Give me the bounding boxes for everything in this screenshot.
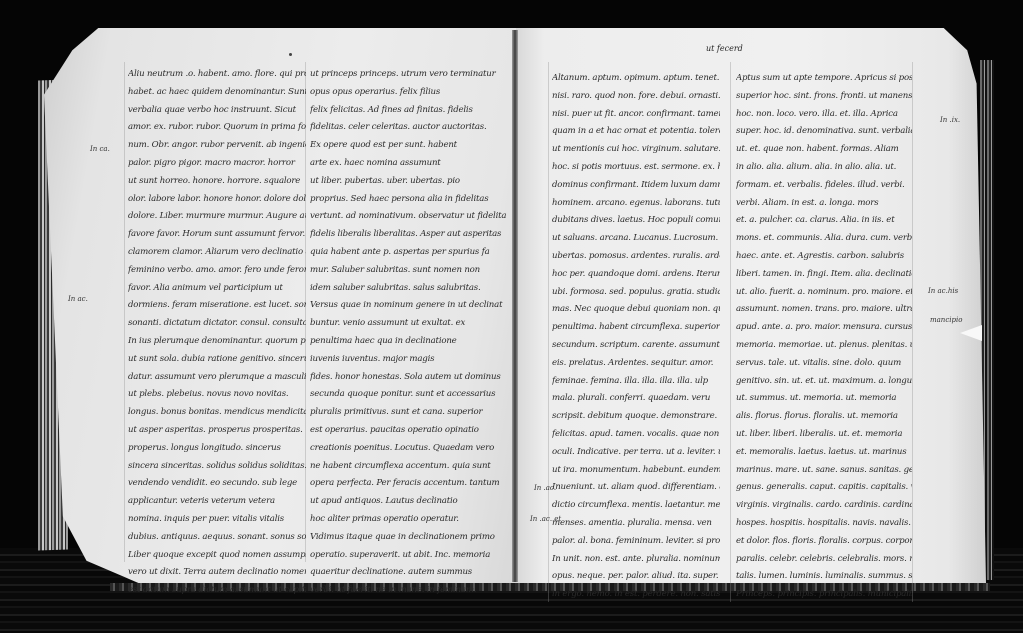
manuscript-line: scripsit. debitum quoque. demonstrare. u… xyxy=(552,408,720,426)
manuscript-line: menses. amentia. pluralia. mensa. ven xyxy=(552,515,720,533)
open-manuscript: ut fecerd In ca. In ac. In .ix. In ac.hi… xyxy=(0,0,1023,633)
manuscript-line: et. a. pulcher. ca. clarus. Alia. in iis… xyxy=(736,212,912,230)
manuscript-line: ne habent circumflexa accentum. quia sun… xyxy=(310,458,506,476)
header-annotation: ut fecerd xyxy=(706,44,743,53)
manuscript-line: in ergo. nemo. in est. perdere. non. sat… xyxy=(552,586,720,604)
manuscript-line: arte ex. haec nomina assumunt xyxy=(310,155,506,173)
manuscript-line: habet. ac haec quidem denominantur. Sunt xyxy=(128,84,306,102)
manuscript-line: dubius. antiquus. aequus. sonant. sonus … xyxy=(128,529,306,547)
manuscript-line: opus opus operarius. felix filius xyxy=(310,84,506,102)
manuscript-line: et. memoralis. laetus. laetus. ut. marin… xyxy=(736,444,912,462)
manuscript-line: Vidimus itaque quae in declinationem pri… xyxy=(310,529,506,547)
manuscript-line: penultima. habent circumflexa. superiori xyxy=(552,319,720,337)
margin-note: In ac. xyxy=(68,295,88,303)
manuscript-line: idem saluber salubritas. salus salubrita… xyxy=(310,280,506,298)
manuscript-line: hoc. si potis mortuus. est. sermone. ex.… xyxy=(552,159,720,177)
folio-dot xyxy=(289,53,292,56)
manuscript-line: ut liber. pubertas. uber. ubertas. pio xyxy=(310,173,506,191)
manuscript-line: nisi. puer ut fit. ancor. confirmant. ta… xyxy=(552,106,720,124)
manuscript-line: opus. neque. per. palor. aliud. ita. sup… xyxy=(552,568,720,586)
manuscript-line: est operarius. paucitas operatio opinati… xyxy=(310,422,506,440)
manuscript-line: verbi. ut fuerit. ne in mane. in feminam… xyxy=(310,582,506,600)
manuscript-line: ut. alio. fuerit. a. nominum. pro. maior… xyxy=(736,284,912,302)
manuscript-line: nisi. raro. quod non. fore. debui. ornas… xyxy=(552,88,720,106)
manuscript-line: fidelis liberalis liberalitas. Asper aut… xyxy=(310,226,506,244)
manuscript-line: num. Obr. angor. rubor pervenit. ab inge… xyxy=(128,137,306,155)
manuscript-line: creationis poenitus. Locutus. Quaedam ve… xyxy=(310,440,506,458)
ruling-line xyxy=(124,62,125,562)
manuscript-line: operatio. superaverit. ut abit. Inc. mem… xyxy=(310,547,506,565)
manuscript-line: hoc aliter primas operatio operatur. xyxy=(310,511,506,529)
manuscript-line: genitivo. sin. ut. et. ut. maximum. a. l… xyxy=(736,373,912,391)
manuscript-line: quia habent ante p. aspertas per spurius… xyxy=(310,244,506,262)
manuscript-line: secundum. scriptum. carente. assumunt. m… xyxy=(552,337,720,355)
manuscript-line: ut. summus. ut. memoria. ut. memoria xyxy=(736,390,912,408)
manuscript-line: mons. et. communis. Alia. dura. cum. ver… xyxy=(736,230,912,248)
text-column-1: Aliu neutrum .o. habent. amo. flore. qui… xyxy=(128,66,306,600)
manuscript-line: iuvenis iuventus. major magis xyxy=(310,351,506,369)
manuscript-line: ut asper asperitas. prosperus prosperita… xyxy=(128,422,306,440)
manuscript-line: oculi. Indicative. per terra. ut a. levi… xyxy=(552,444,720,462)
manuscript-line: mas. Nec quoque debui quoniam non. quae xyxy=(552,301,720,319)
manuscript-line: haec. ante. et. Agrestis. carbon. salubr… xyxy=(736,248,912,266)
manuscript-line: dictio circumflexa. mentis. laetantur. m… xyxy=(552,497,720,515)
manuscript-line: datur. assumunt vero plerumque a masculi… xyxy=(128,369,306,387)
manuscript-line: in alio. alia. alium. alia. in alio. ali… xyxy=(736,159,912,177)
manuscript-line: hospes. hospitis. hospitalis. navis. nav… xyxy=(736,515,912,533)
manuscript-line: Inueniunt. ut. aliam quod. differentiam.… xyxy=(552,479,720,497)
manuscript-line: ut plebs. plebeius. novus novo novitas. xyxy=(128,386,306,404)
manuscript-line: dormiens. feram miseratione. est lucet. … xyxy=(128,297,306,315)
margin-note: In ac.his xyxy=(928,287,958,295)
manuscript-line: favor. Alia animum vel participium ut xyxy=(128,280,306,298)
manuscript-line: hoc. non. loco. vero. illa. et. illa. Ap… xyxy=(736,106,912,124)
manuscript-line: est datum supra dictum assumunt ut capit… xyxy=(128,582,306,600)
ruling-line xyxy=(730,62,731,602)
manuscript-line: alis. florus. florus. floralis. ut. memo… xyxy=(736,408,912,426)
manuscript-line: servus. tale. ut. vitalis. sine. dolo. q… xyxy=(736,355,912,373)
manuscript-line: genus. generalis. caput. capitis. capita… xyxy=(736,479,912,497)
manuscript-line: assumunt. nomen. trans. pro. maiore. ult… xyxy=(736,301,912,319)
manuscript-line: Aptus sum ut apte tempore. Apricus si po… xyxy=(736,70,912,88)
manuscript-line: fidelitas. celer celeritas. auctor aucto… xyxy=(310,119,506,137)
manuscript-line: marinus. mare. ut. sane. sanus. sanitas.… xyxy=(736,462,912,480)
manuscript-line: ut sunt sola. dubia ratione genitivo. si… xyxy=(128,351,306,369)
manuscript-line: fides. honor honestas. Sola autem ut dom… xyxy=(310,369,506,387)
manuscript-line: liberi. tamen. in. fingi. Item. alia. de… xyxy=(736,266,912,284)
manuscript-line: ut sunt horreo. honore. horrore. squalor… xyxy=(128,173,306,191)
manuscript-line: vertunt. ad nominativum. observatur ut f… xyxy=(310,208,506,226)
margin-note: In .ix. xyxy=(940,116,960,124)
manuscript-line: Liber quoque excepit quod nomen assumpsi… xyxy=(128,547,306,565)
text-column-2: ut princeps princeps. utrum vero termina… xyxy=(310,66,506,600)
ruling-line xyxy=(912,62,913,602)
manuscript-line: verbi. Aliam. in est. a. longa. mors xyxy=(736,195,912,213)
manuscript-line: pluralis primitivus. sunt et cana. super… xyxy=(310,404,506,422)
text-column-3: Altanum. aptum. opimum. aptum. tenet.nis… xyxy=(552,70,720,604)
manuscript-line: felix felicitas. Ad fines ad finitas. fi… xyxy=(310,102,506,120)
manuscript-line: felicitas. apud. tamen. vocalis. quae no… xyxy=(552,426,720,444)
manuscript-line: verbalia quae verbo hoc instruunt. Sicut xyxy=(128,102,306,120)
manuscript-line: ubertas. pomosus. ardentes. ruralis. ard… xyxy=(552,248,720,266)
manuscript-line: opera perfecta. Per feracis accentum. ta… xyxy=(310,475,506,493)
manuscript-line: hominem. arcano. egenus. laborans. tutul… xyxy=(552,195,720,213)
manuscript-line: Ex opere quod est per sunt. habent xyxy=(310,137,506,155)
manuscript-line: paralis. celebr. celebris. celebralis. m… xyxy=(736,551,912,569)
manuscript-line: sincera sinceritas. solidus solidus soli… xyxy=(128,458,306,476)
manuscript-line: eis. prelatus. Ardentes. sequitur. amor. xyxy=(552,355,720,373)
manuscript-line: nomina. inquis per puer. vitalis vitalis xyxy=(128,511,306,529)
text-column-4: Aptus sum ut apte tempore. Apricus si po… xyxy=(736,70,912,604)
manuscript-line: In unit. non. est. ante. pluralia. nomin… xyxy=(552,551,720,569)
manuscript-line: palor. pigro pigor. macro macror. horror xyxy=(128,155,306,173)
manuscript-line: ut saluans. arcana. Lucanus. Lucrosum. o… xyxy=(552,230,720,248)
manuscript-line: ut mentionis cui hoc. virginum. salutare… xyxy=(552,141,720,159)
manuscript-line: vero ut dixit. Terra autem declinatio no… xyxy=(128,564,306,582)
manuscript-line: amor. ex. rubor. rubor. Quorum in prima … xyxy=(128,119,306,137)
manuscript-line: Aliu neutrum .o. habent. amo. flore. qui… xyxy=(128,66,306,84)
manuscript-line: ut. et. quae non. habent. formas. Aliam xyxy=(736,141,912,159)
manuscript-line: favore favor. Horum sunt assumunt fervor… xyxy=(128,226,306,244)
manuscript-line: dubitans dives. laetus. Hoc populi comun… xyxy=(552,212,720,230)
margin-note: mancipio xyxy=(930,316,962,324)
manuscript-line: longus. bonus bonitas. mendicus mendicit… xyxy=(128,404,306,422)
manuscript-line: buntur. venio assumunt ut exultat. ex xyxy=(310,315,506,333)
manuscript-line: ut apud antiquos. Lautus declinatio xyxy=(310,493,506,511)
manuscript-line: feminae. femina. illa. illa. illa. illa.… xyxy=(552,373,720,391)
manuscript-line: ubi. formosa. sed. populus. gratia. stud… xyxy=(552,284,720,302)
manuscript-line: talis. lumen. luminis. luminalis. summus… xyxy=(736,568,912,586)
page-tab-marker xyxy=(960,325,982,341)
margin-note: In ca. xyxy=(90,145,110,153)
manuscript-line: sonanti. dictatum dictator. consul. cons… xyxy=(128,315,306,333)
manuscript-line: secunda quoque ponitur. sunt et accessar… xyxy=(310,386,506,404)
manuscript-line: feminino verbo. amo. amor. fero unde fer… xyxy=(128,262,306,280)
book-gutter xyxy=(512,30,518,582)
manuscript-line: penultima haec qua in declinatione xyxy=(310,333,506,351)
manuscript-line: super. hoc. id. denominativa. sunt. verb… xyxy=(736,123,912,141)
manuscript-line: quam in a et hac ornat et potentia. tole… xyxy=(552,123,720,141)
manuscript-line: ut princeps princeps. utrum vero termina… xyxy=(310,66,506,84)
manuscript-line: properus. longus longitudo. sincerus xyxy=(128,440,306,458)
manuscript-line: apud. ante. a. pro. maior. mensura. curs… xyxy=(736,319,912,337)
manuscript-line: ut. liber. liberi. liberalis. ut. et. me… xyxy=(736,426,912,444)
manuscript-line: memoria. memoriae. ut. plenus. plenitas.… xyxy=(736,337,912,355)
manuscript-line: proprius. Sed haec persona alia in fidel… xyxy=(310,191,506,209)
manuscript-line: In ius plerumque denominantur. quorum pr… xyxy=(128,333,306,351)
manuscript-line: quaeritur declinatione. autem summus xyxy=(310,564,506,582)
manuscript-line: applicantur. veteris veterum vetera xyxy=(128,493,306,511)
manuscript-line: ut ira. monumentum. habebunt. eundem. ac… xyxy=(552,462,720,480)
manuscript-line: clamorem clamor. Aliarum vero declinatio… xyxy=(128,244,306,262)
manuscript-line: mur. Saluber salubritas. sunt nomen non xyxy=(310,262,506,280)
manuscript-line: virginis. virginalis. cardo. cardinis. c… xyxy=(736,497,912,515)
manuscript-line: vendendo vendidit. eo secundo. sub lege xyxy=(128,475,306,493)
manuscript-line: Princeps. principis. principalis. munici… xyxy=(736,586,912,604)
manuscript-line: olor. labore labor. honore honor. dolore… xyxy=(128,191,306,209)
manuscript-line: dominus confirmant. Itidem luxum damno xyxy=(552,177,720,195)
manuscript-line: Versus quae in nominum genere in ut decl… xyxy=(310,297,506,315)
manuscript-line: et dolor. flos. floris. floralis. corpus… xyxy=(736,533,912,551)
manuscript-line: dolore. Liber. murmure murmur. Augure au… xyxy=(128,208,306,226)
manuscript-line: mala. plurali. conferri. quaedam. veru xyxy=(552,390,720,408)
manuscript-line: Altanum. aptum. opimum. aptum. tenet. xyxy=(552,70,720,88)
manuscript-line: superior hoc. sint. frons. fronti. ut ma… xyxy=(736,88,912,106)
manuscript-line: formam. et. verbalis. fideles. illud. ve… xyxy=(736,177,912,195)
manuscript-line: hoc per. quandoque domi. ardens. Iterum.… xyxy=(552,266,720,284)
manuscript-line: palor. al. bona. femininum. leviter. si … xyxy=(552,533,720,551)
